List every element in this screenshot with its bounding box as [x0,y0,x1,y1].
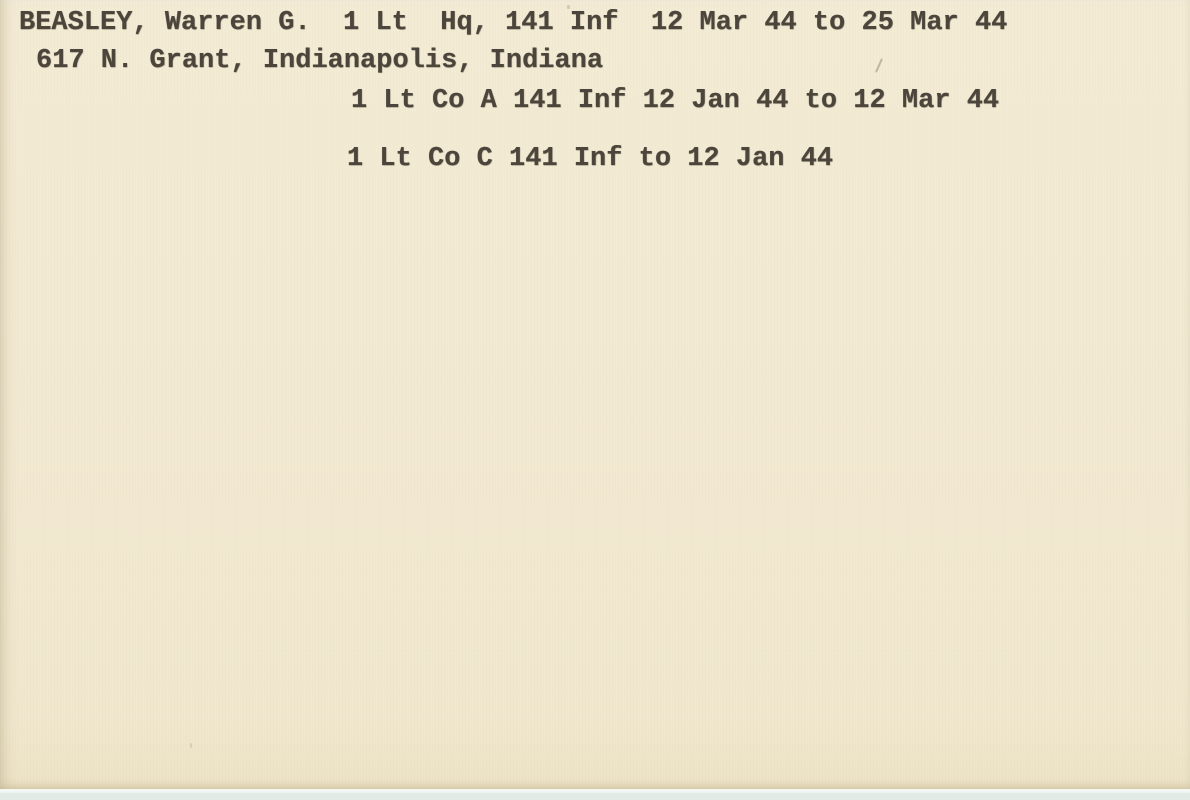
card-line-assignment-3: 1 Lt Co C 141 Inf to 12 Jan 44 [347,146,833,173]
card-line-address: 617 N. Grant, Indianapolis, Indiana [36,48,603,75]
paper-speck [567,5,570,9]
index-card: BEASLEY, Warren G. 1 Lt Hq, 141 Inf 12 M… [0,0,1190,790]
paper-speck [190,743,192,748]
card-line-name-rank-unit: BEASLEY, Warren G. 1 Lt Hq, 141 Inf 12 M… [19,10,1007,37]
card-bottom-edge [0,789,1190,793]
paper-crease-mark [875,58,883,73]
card-line-assignment-2: 1 Lt Co A 141 Inf 12 Jan 44 to 12 Mar 44 [351,88,999,115]
